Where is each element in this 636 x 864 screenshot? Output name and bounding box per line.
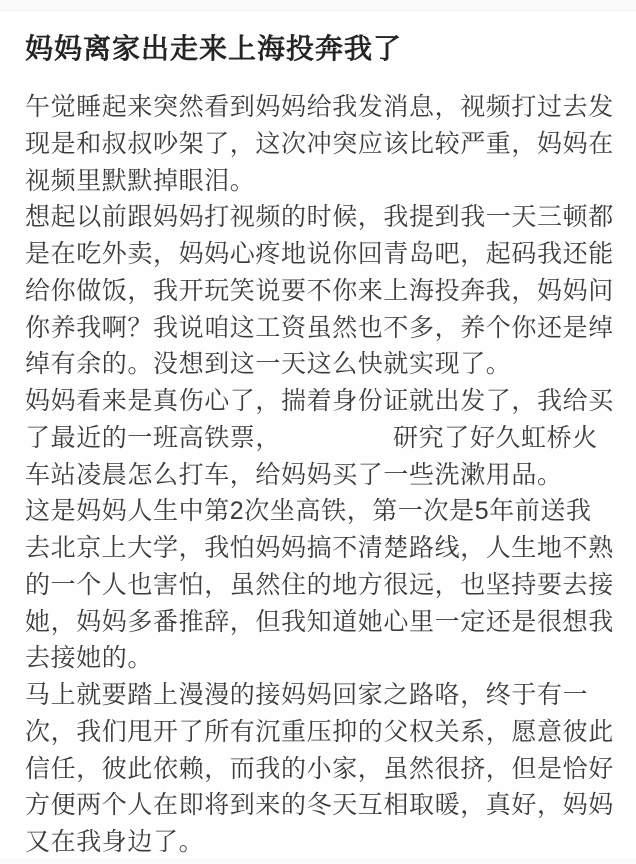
post-page: 妈妈离家出走来上海投奔我了 午觉睡起来突然看到妈妈给我发消息，视频打过去发 现是… <box>0 0 636 864</box>
text-line: 现是和叔叔吵架了，这次冲突应该比较严重，妈妈在 <box>25 126 611 163</box>
text-line: 去北京上大学，我怕妈妈搞不清楚路线，人生地不熟 <box>25 530 611 567</box>
text-line: 视频里默默掉眼泪。 <box>25 163 611 200</box>
text-line: 次，我们甩开了所有沉重压抑的父权关系，愿意彼此 <box>25 714 611 751</box>
text-line: 去接她的。 <box>25 640 611 677</box>
text-line-with-redaction: 了最近的一班高铁票，研究了好久虹桥火 <box>25 420 611 457</box>
text-line: 她，妈妈多番推辞，但我知道她心里一定还是很想我 <box>25 604 611 641</box>
text-line: 马上就要踏上漫漫的接妈妈回家之路咯，终于有一 <box>25 677 611 714</box>
text-line: 给你做饭，我开玩笑说要不你来上海投奔我，妈妈问 <box>25 273 611 310</box>
post-title: 妈妈离家出走来上海投奔我了 <box>25 32 611 66</box>
text-line: 又在我身边了。 <box>25 824 611 861</box>
text-segment: 了最近的一班高铁票， <box>25 424 281 452</box>
post-body: 午觉睡起来突然看到妈妈给我发消息，视频打过去发 现是和叔叔吵架了，这次冲突应该比… <box>25 89 611 861</box>
text-line: 是在吃外卖，妈妈心疼地说你回青岛吧，起码我还能 <box>25 236 611 273</box>
bottom-strip <box>0 858 636 864</box>
text-segment: 研究了好久虹桥火 <box>393 424 598 452</box>
redacted-gap <box>281 445 393 446</box>
top-strip <box>0 0 636 11</box>
text-line: 这是妈妈人生中第2次坐高铁，第一次是5年前送我 <box>25 493 611 530</box>
text-line: 想起以前跟妈妈打视频的时候，我提到我一天三顿都 <box>25 199 611 236</box>
text-line: 绰有余的。没想到这一天这么快就实现了。 <box>25 346 611 383</box>
text-line: 车站凌晨怎么打车，给妈妈买了一些洗漱用品。 <box>25 457 611 494</box>
text-line: 你养我啊？我说咱这工资虽然也不多，养个你还是绰 <box>25 310 611 347</box>
text-line: 妈妈看来是真伤心了，揣着身份证就出发了，我给买 <box>25 383 611 420</box>
text-line: 方便两个人在即将到来的冬天互相取暖，真好，妈妈 <box>25 787 611 824</box>
text-line: 午觉睡起来突然看到妈妈给我发消息，视频打过去发 <box>25 89 611 126</box>
text-line: 的一个人也害怕，虽然住的地方很远，也坚持要去接 <box>25 567 611 604</box>
text-line: 信任，彼此依赖，而我的小家，虽然很挤，但是恰好 <box>25 751 611 788</box>
